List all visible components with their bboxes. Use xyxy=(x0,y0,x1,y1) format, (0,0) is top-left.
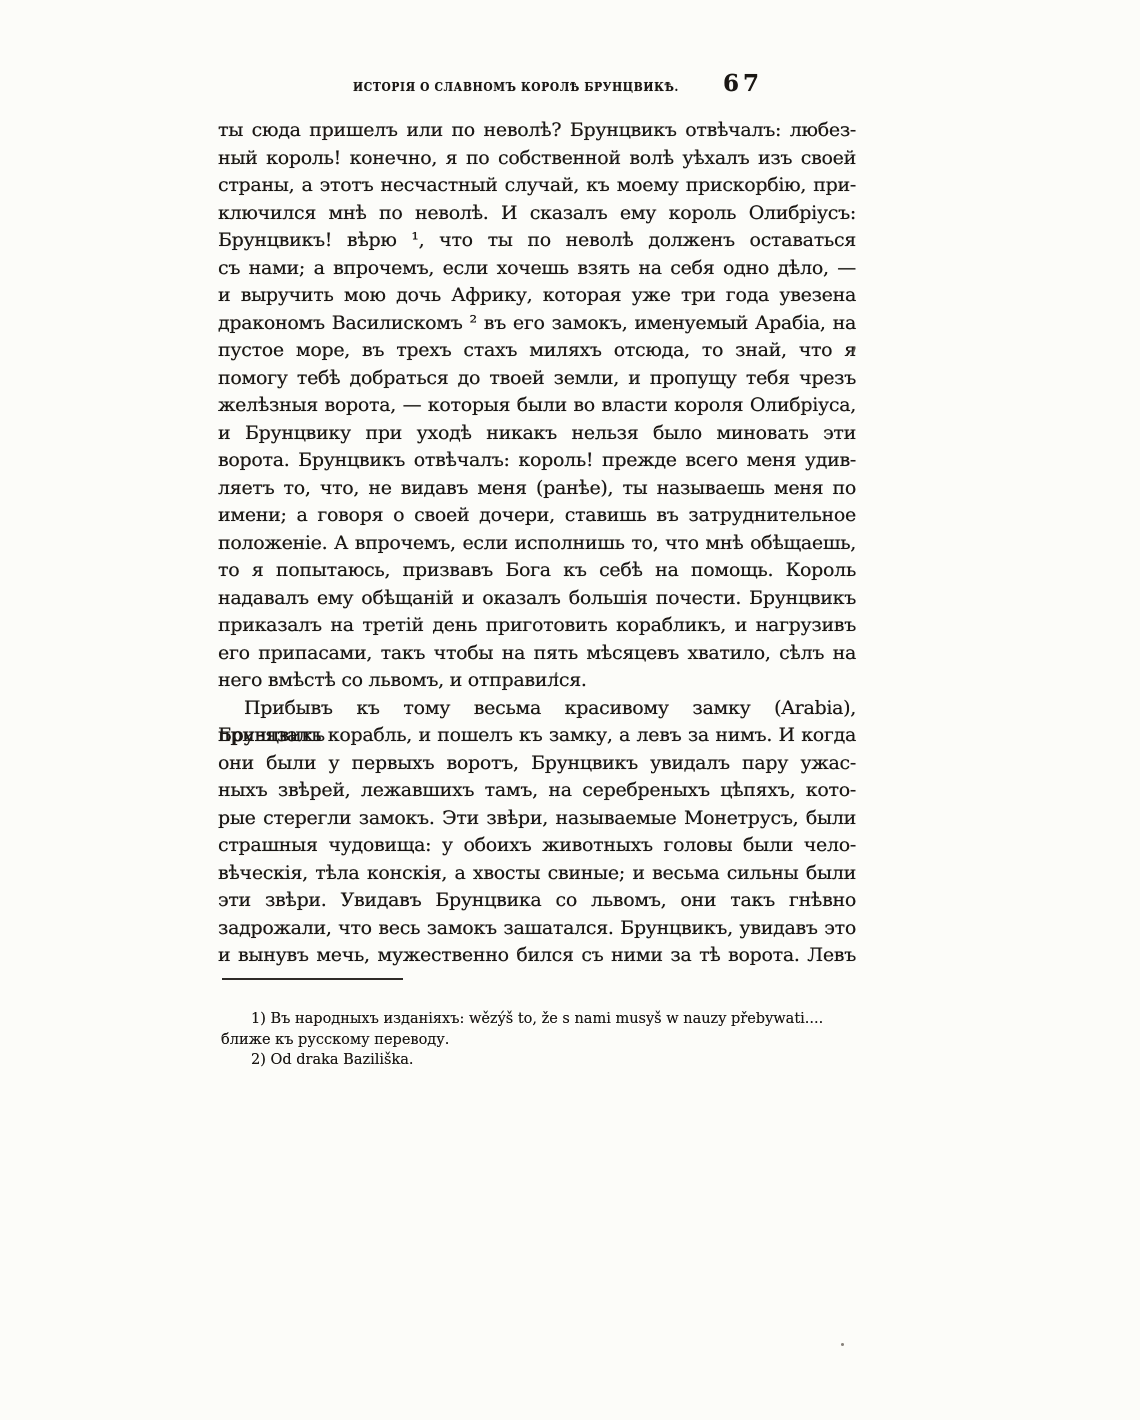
text-line: Брунцвикъ! вѣрю ¹, что ты по неволѣ долж… xyxy=(218,227,856,255)
book-page: ИСТОРІЯ О СЛАВНОМЪ КОРОЛѢ БРУНЦВИКѢ. 67 … xyxy=(0,0,1140,1420)
scan-speck xyxy=(841,1343,844,1346)
footnote-line: ближе къ русскому переводу. xyxy=(221,1030,821,1051)
text-line: эти звѣри. Увидавъ Брунцвика со львомъ, … xyxy=(218,887,856,915)
text-line: пустое море, въ трехъ стахъ миляхъ отсюд… xyxy=(218,337,856,365)
text-line: ныхъ звѣрей, лежавшихъ тамъ, на серебрен… xyxy=(218,777,856,805)
text-line: то я попытаюсь, призвавъ Бога къ себѣ на… xyxy=(218,557,856,585)
body-text: ты сюда пришелъ или по неволѣ? Брунцвикъ… xyxy=(218,117,856,970)
text-line: ляетъ то, что, не видавъ меня (ранѣе), т… xyxy=(218,475,856,503)
footnote-line: 1) Въ народныхъ изданіяхъ: wězýš to, že … xyxy=(221,1009,821,1030)
text-line: его припасами, такъ чтобы на пять мѣсяце… xyxy=(218,640,856,668)
text-line: они были у первыхъ воротъ, Брунцвикъ уви… xyxy=(218,750,856,778)
text-line: ты сюда пришелъ или по неволѣ? Брунцвикъ… xyxy=(218,117,856,145)
text-line: страны, а этотъ несчастный случай, къ мо… xyxy=(218,172,856,200)
text-line: Прибывъ къ тому весьма красивому замку (… xyxy=(218,695,856,723)
text-line: помогу тебѣ добраться до твоей земли, и … xyxy=(218,365,856,393)
footnote-separator xyxy=(222,978,403,980)
text-line: надавалъ ему обѣщаній и оказалъ большія … xyxy=(218,585,856,613)
text-line: и Брунцвику при уходѣ никакъ нельзя было… xyxy=(218,420,856,448)
text-line: ключился мнѣ по неволѣ. И сказалъ ему ко… xyxy=(218,200,856,228)
text-line: приказалъ на третій день приготовить кор… xyxy=(218,612,856,640)
text-line: привязалъ корабль, и пошелъ къ замку, а … xyxy=(218,722,856,750)
running-head-title: ИСТОРІЯ О СЛАВНОМЪ КОРОЛѢ БРУНЦВИКѢ. xyxy=(353,79,679,94)
text-line: вѣческія, тѣла конскія, а хвосты свиные;… xyxy=(218,860,856,888)
page-number: 67 xyxy=(723,70,763,97)
text-line: рые стерегли замокъ. Эти звѣри, называем… xyxy=(218,805,856,833)
text-line: и выручить мою дочь Африку, которая уже … xyxy=(218,282,856,310)
text-line: ворота. Брунцвикъ отвѣчалъ: король! преж… xyxy=(218,447,856,475)
footnotes: 1) Въ народныхъ изданіяхъ: wězýš to, že … xyxy=(221,1009,821,1071)
text-line: положеніе. А впрочемъ, если исполнишь то… xyxy=(218,530,856,558)
text-line: съ нами; а впрочемъ, если хочешь взять н… xyxy=(218,255,856,283)
footnote-line: 2) Od draka Baziliška. xyxy=(221,1050,821,1071)
text-line: ный король! конечно, я по собственной во… xyxy=(218,145,856,173)
text-line: и вынувъ мечь, мужественно бился съ ними… xyxy=(218,942,856,970)
text-line: желѣзныя ворота, — которыя были во власт… xyxy=(218,392,856,420)
text-line: страшныя чудовища: у обоихъ животныхъ го… xyxy=(218,832,856,860)
text-line: дракономъ Василискомъ ² въ его замокъ, и… xyxy=(218,310,856,338)
text-line: задрожали, что весь замокъ зашатался. Бр… xyxy=(218,915,856,943)
text-line: него вмѣстѣ со львомъ, и отправился. xyxy=(218,667,856,695)
text-line: имени; а говоря о своей дочери, ставишь … xyxy=(218,502,856,530)
